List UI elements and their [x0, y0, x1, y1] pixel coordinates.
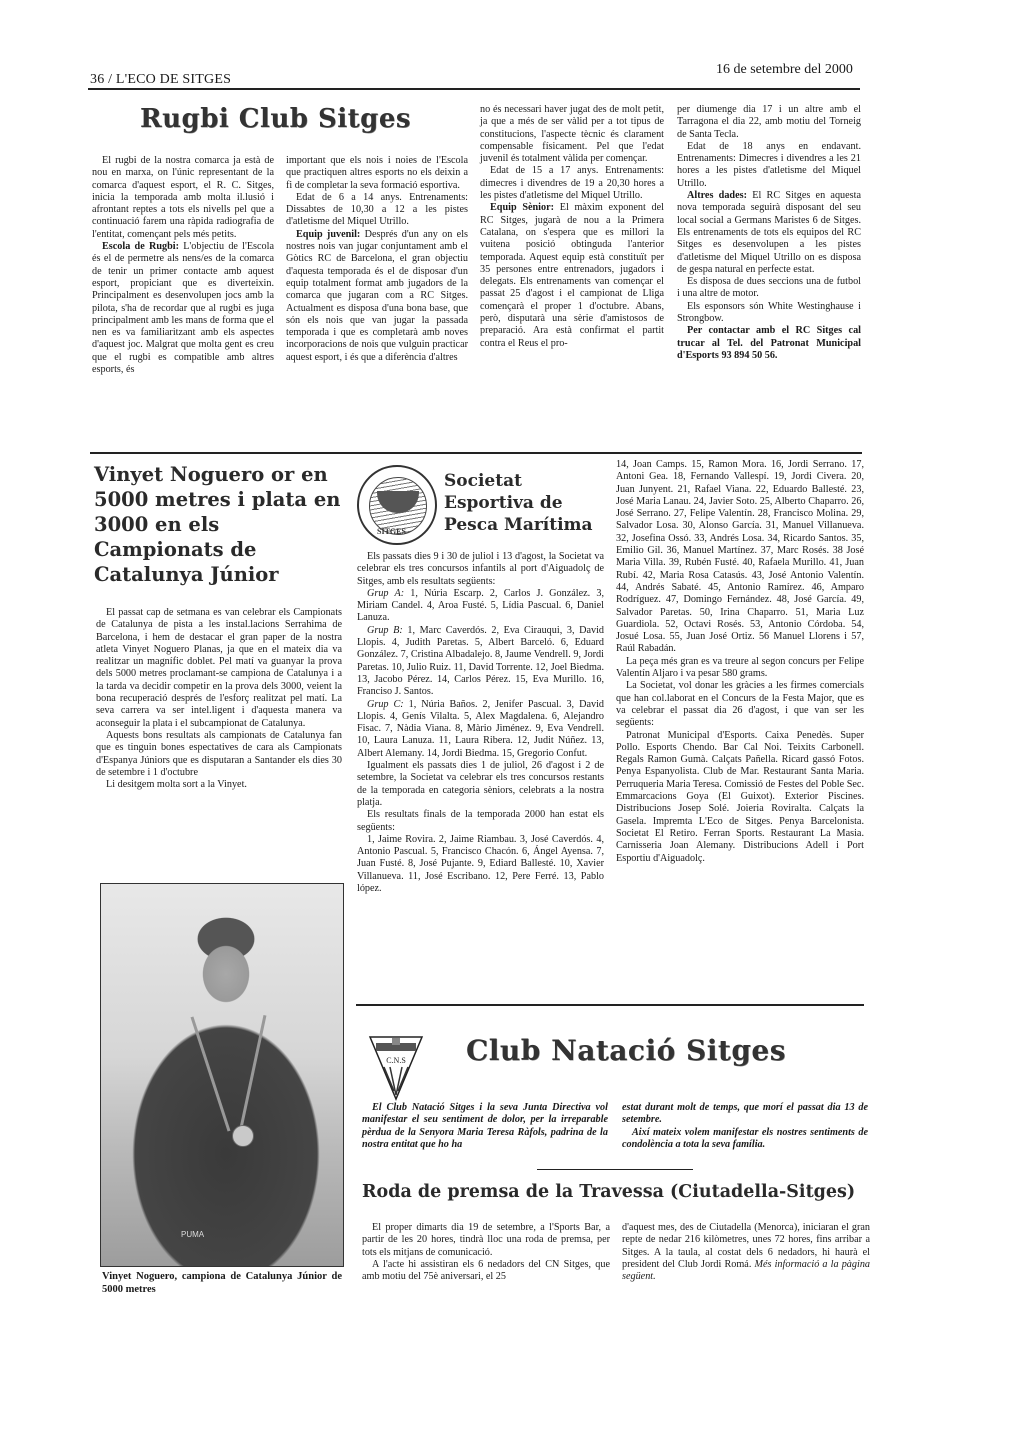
senior-results-continued: 14, Joan Camps. 15, Ramon Mora. 16, Jord…	[616, 459, 864, 656]
article-title-pesca: Societat Esportiva de Pesca Marítima	[444, 470, 604, 536]
rugbi-column-2: important que els nois i noies de l'Esco…	[286, 155, 468, 364]
senior-results: 1, Jaime Rovira. 2, Jaime Riambau. 3, Jo…	[357, 834, 604, 895]
rugbi-column-1: El rugbi de la nostra comarca ja està de…	[92, 155, 274, 376]
paragraph: A l'acte hi assistiran els 6 nedadors de…	[362, 1259, 610, 1284]
paragraph: Escola de Rugbi: L'objectiu de l'Escola …	[92, 241, 274, 376]
paragraph: La peça més gran es va treure al segon c…	[616, 656, 864, 681]
paragraph: Els resultats finals de la temporada 200…	[357, 809, 604, 834]
medal-icon	[232, 1125, 254, 1147]
paragraph-text: El màxim exponent del RC Sitges, jugarà …	[480, 202, 664, 348]
paragraph: Equip juvenil: Després d'un any on els n…	[286, 229, 468, 364]
svg-text:C.N.S: C.N.S	[386, 1056, 406, 1065]
paragraph: estat durant molt de temps, que morí el …	[622, 1102, 868, 1127]
photo-caption: Vinyet Noguero, campiona de Catalunya Jú…	[102, 1270, 342, 1296]
group-results: Grup C: 1, Núria Baños. 2, Jenifer Pascu…	[357, 699, 604, 760]
paragraph: Li desitgem molta sort a la Vinyet.	[96, 779, 342, 791]
paragraph-text: El RC Sitges en aquesta nova temporada s…	[677, 190, 861, 275]
rugbi-column-4: per diumenge dia 17 i un altre amb el Ta…	[677, 104, 861, 362]
paragraph-text: Després d'un any on els nostres nois van…	[286, 229, 468, 363]
paragraph: El passat cap de setmana es van celebrar…	[96, 607, 342, 730]
section-label: Equip juvenil:	[296, 229, 360, 240]
paragraph: important que els nois i noies de l'Esco…	[286, 155, 468, 192]
issue-date: 16 de setembre del 2000	[716, 62, 853, 78]
jacket-brand: PUMA	[181, 1230, 204, 1239]
group-label: Grup A:	[367, 588, 404, 599]
group-results: Grup B: 1, Marc Caverdós. 2, Eva Cirauqu…	[357, 625, 604, 699]
article-title-natacio: Club Natació Sitges	[466, 1034, 786, 1067]
section-divider	[356, 1004, 864, 1006]
paragraph-text: L'objectiu de l'Escola és el de permetre…	[92, 241, 274, 375]
paragraph: El proper dimarts dia 19 de setembre, a …	[362, 1222, 610, 1259]
section-divider	[90, 452, 862, 454]
group-label: Grup B:	[367, 625, 403, 636]
natacio-column-2: estat durant molt de temps, que morí el …	[622, 1102, 868, 1151]
section-label: Equip Sènior:	[490, 202, 554, 213]
natacio-column-1: El Club Natació Sitges i la seva Junta D…	[362, 1102, 608, 1151]
contact-paragraph: Per contactar amb el RC Sitges cal truca…	[677, 325, 861, 362]
paragraph: El rugbi de la nostra comarca ja està de…	[92, 155, 274, 241]
section-label: Escola de Rugbi:	[102, 241, 179, 252]
paragraph: Es disposa de dues seccions una de futbo…	[677, 276, 861, 301]
paragraph: Altres dades: El RC Sitges en aquesta no…	[677, 190, 861, 276]
group-label: Grup C:	[367, 699, 404, 710]
travessa-column-2: d'aquest mes, des de Ciutadella (Menorca…	[622, 1222, 870, 1283]
paragraph: Edat de 6 a 14 anys. Entrenaments: Dissa…	[286, 192, 468, 229]
cns-shield-logo: C.N.S	[368, 1035, 424, 1101]
pesca-column-2: 14, Joan Camps. 15, Ramon Mora. 16, Jord…	[616, 459, 864, 865]
paragraph: Equip Sènior: El màxim exponent del RC S…	[480, 202, 664, 350]
group-results: Grup A: 1, Núria Escarp. 2, Carlos J. Go…	[357, 588, 604, 625]
paragraph: La Societat, vol donar les gràcies a les…	[616, 680, 864, 729]
rugbi-column-3: no és necessari haver jugat des de molt …	[480, 104, 664, 350]
medal-ribbon	[239, 1015, 267, 1133]
pesca-column-1: Els passats dies 9 i 30 de juliol i 13 d…	[357, 551, 604, 895]
paragraph: d'aquest mes, des de Ciutadella (Menorca…	[622, 1222, 870, 1283]
article-title-travessa: Roda de premsa de la Travessa (Ciutadell…	[362, 1182, 855, 1202]
paragraph: Edat de 15 a 17 anys. Entrenaments: dime…	[480, 165, 664, 202]
travessa-column-1: El proper dimarts dia 19 de setembre, a …	[362, 1222, 610, 1283]
header-rule	[88, 88, 860, 90]
medal-ribbon	[191, 1016, 231, 1131]
paragraph: Aquests bons resultats als campionats de…	[96, 730, 342, 779]
paragraph: no és necessari haver jugat des de molt …	[480, 104, 664, 165]
paragraph: Els passats dies 9 i 30 de juliol i 13 d…	[357, 551, 604, 588]
section-label: Altres dades:	[687, 190, 747, 201]
vinyet-body: El passat cap de setmana es van celebrar…	[96, 607, 342, 791]
athlete-photo: PUMA	[100, 883, 344, 1267]
paragraph: per diumenge dia 17 i un altre amb el Ta…	[677, 104, 861, 141]
paragraph: Els esponsors són White Westinghause i S…	[677, 301, 861, 326]
sponsors-list: Patronat Municipal d'Esports. Caixa Pene…	[616, 730, 864, 865]
article-title-vinyet: Vinyet Noguero or en 5000 metres i plata…	[94, 462, 349, 587]
paragraph: El Club Natació Sitges i la seva Junta D…	[362, 1102, 608, 1151]
paragraph: Edat de 18 anys en endavant. Entrenament…	[677, 141, 861, 190]
paragraph: Així mateix volem manifestar els nostres…	[622, 1127, 868, 1152]
paragraph: Igualment els passats dies 1 de juliol, …	[357, 760, 604, 809]
short-divider	[537, 1169, 693, 1170]
page-number-publication: 36 / L'ECO DE SITGES	[90, 72, 231, 88]
pesca-society-logo: SITGES	[357, 465, 437, 545]
article-title-rugbi: Rugbi Club Sitges	[140, 104, 411, 134]
logo-text: SITGES	[377, 527, 406, 536]
